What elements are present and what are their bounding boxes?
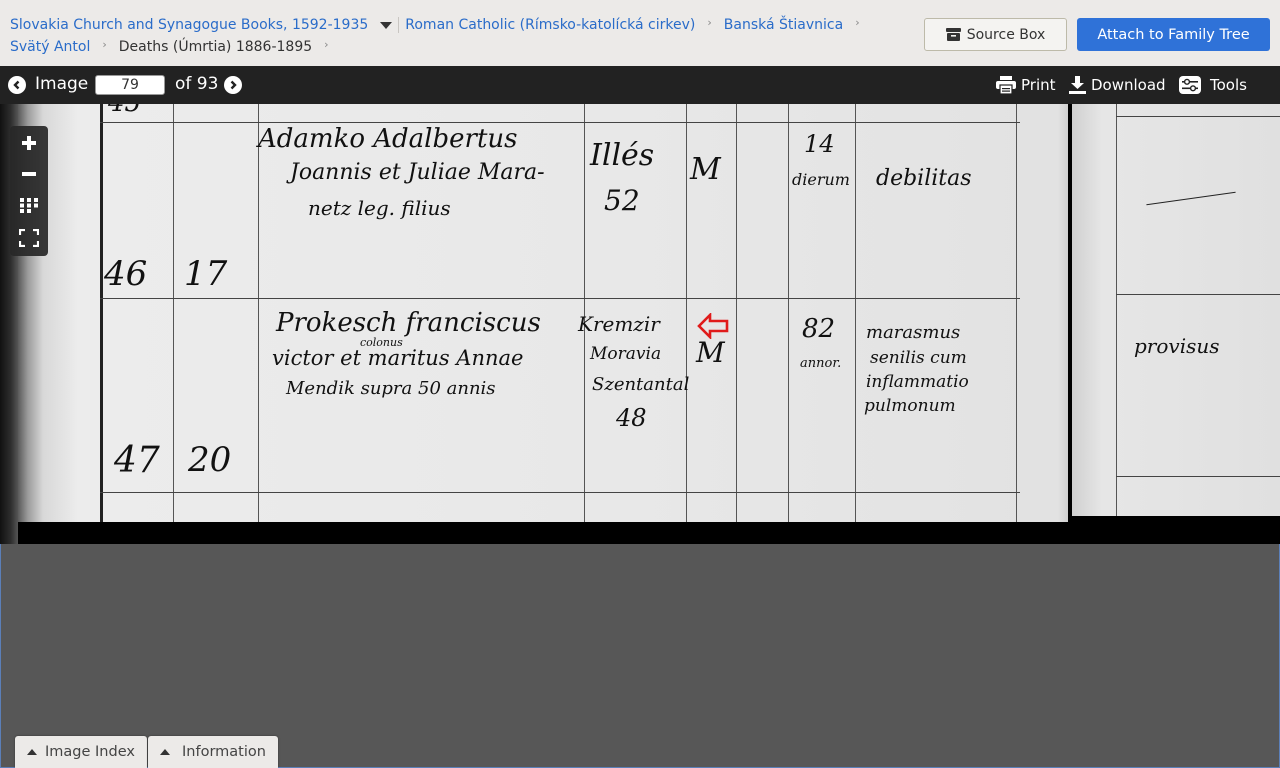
entry-house: 52 [604,184,640,217]
entry-place: Moravia [590,344,661,364]
breadcrumb-divider [398,17,399,33]
gallery-view-button[interactable] [10,190,48,220]
entry-age: 14 [804,130,835,158]
entry-details: victor et maritus Annae [272,346,523,370]
archive-box-icon [946,28,961,41]
entry-cause: senilis cum [870,348,967,368]
grid-icon [20,198,38,213]
entry-place: Illés [590,138,654,173]
download-icon [1069,76,1086,94]
breadcrumb: Slovakia Church and Synagogue Books, 159… [10,14,910,58]
breadcrumb-religion-link[interactable]: Roman Catholic (Rímsko-katolícká cirkev) [405,14,695,36]
image-total: of 93 [175,74,218,94]
tools-button[interactable]: Tools [1179,76,1247,94]
chevron-right-icon: › [707,12,711,34]
zoom-controls [10,126,48,256]
image-index-tab[interactable]: Image Index [15,736,147,768]
entry-place: Szentantal [592,374,689,395]
previous-image-button[interactable] [8,76,26,94]
entry-details: Joannis et Juliae Mara- [290,160,545,185]
tools-label: Tools [1210,76,1247,94]
zoom-out-button[interactable] [10,159,48,189]
print-button[interactable]: Print [996,76,1056,94]
source-box-label: Source Box [967,27,1046,43]
entry-number: 46 [104,254,147,294]
entry-day: 17 [184,254,227,294]
attach-label: Attach to Family Tree [1097,27,1249,43]
register-page-left: 45 46 17 Adamko Adalbertus Joannis et Ju… [18,104,1068,522]
breadcrumb-parish-link[interactable]: Svätý Antol [10,36,90,58]
collection-dropdown-icon[interactable] [380,22,392,29]
image-number-input[interactable] [95,75,165,95]
download-label: Download [1091,76,1166,94]
plus-icon [22,136,36,150]
entry-name: Prokesch franciscus [276,308,541,338]
chevron-right-icon [228,80,238,90]
entry-number: 47 [114,440,160,481]
chevron-left-icon [12,80,22,90]
entry-house: 48 [616,404,647,432]
viewer-frame-border [0,544,1280,768]
entry-cause: debilitas [876,166,972,191]
entry-age-unit: annor. [800,356,841,371]
minus-icon [22,167,36,181]
breadcrumb-current-volume: Deaths (Úmrtia) 1886-1895 [119,36,312,58]
entry-age-unit: dierum [792,170,850,189]
entry-details: Mendik supra 50 annis [286,378,496,399]
header: Slovakia Church and Synagogue Books, 159… [0,0,1280,66]
attach-to-family-tree-button[interactable]: Attach to Family Tree [1077,18,1270,51]
download-button[interactable]: Download [1069,76,1166,94]
partial-entry-number: 45 [108,104,141,118]
source-box-button[interactable]: Source Box [924,18,1067,51]
chevron-right-icon: › [855,12,859,34]
entry-sex: M [696,336,725,369]
chevron-right-icon: › [102,34,106,56]
chevron-right-icon: › [324,34,328,56]
information-tab[interactable]: Information [148,736,278,768]
register-page-right: provisus [1072,104,1280,516]
entry-day: 20 [188,440,231,480]
sliders-icon [1179,76,1201,94]
entry-details: netz leg. filius [308,196,451,220]
entry-place: Kremzir [578,312,660,336]
entry-cause: inflammatio [866,372,969,392]
image-index-label: Image Index [45,744,135,760]
entry-sex: M [690,152,721,187]
breadcrumb-town-link[interactable]: Banská Štiavnica [724,14,843,36]
entry-age: 82 [802,314,835,344]
fullscreen-icon [19,229,39,247]
fullscreen-button[interactable] [10,223,48,253]
image-label: Image [35,74,88,94]
entry-cause: pulmonum [864,396,956,416]
entry-cause: marasmus [866,322,960,343]
printer-icon [996,76,1016,94]
entry-remarks: provisus [1134,334,1220,358]
next-image-button[interactable] [224,76,242,94]
information-label: Information [182,744,266,760]
triangle-up-icon [160,749,170,755]
triangle-up-icon [27,749,37,755]
breadcrumb-collection-link[interactable]: Slovakia Church and Synagogue Books, 159… [10,14,368,36]
record-highlight-arrow-icon [697,313,729,339]
entry-name: Adamko Adalbertus [258,124,517,154]
zoom-in-button[interactable] [10,128,48,158]
image-toolbar: Image of 93 Print Download Tools [0,66,1280,104]
print-label: Print [1021,76,1056,94]
record-image-viewer[interactable]: 45 46 17 Adamko Adalbertus Joannis et Ju… [0,104,1280,544]
